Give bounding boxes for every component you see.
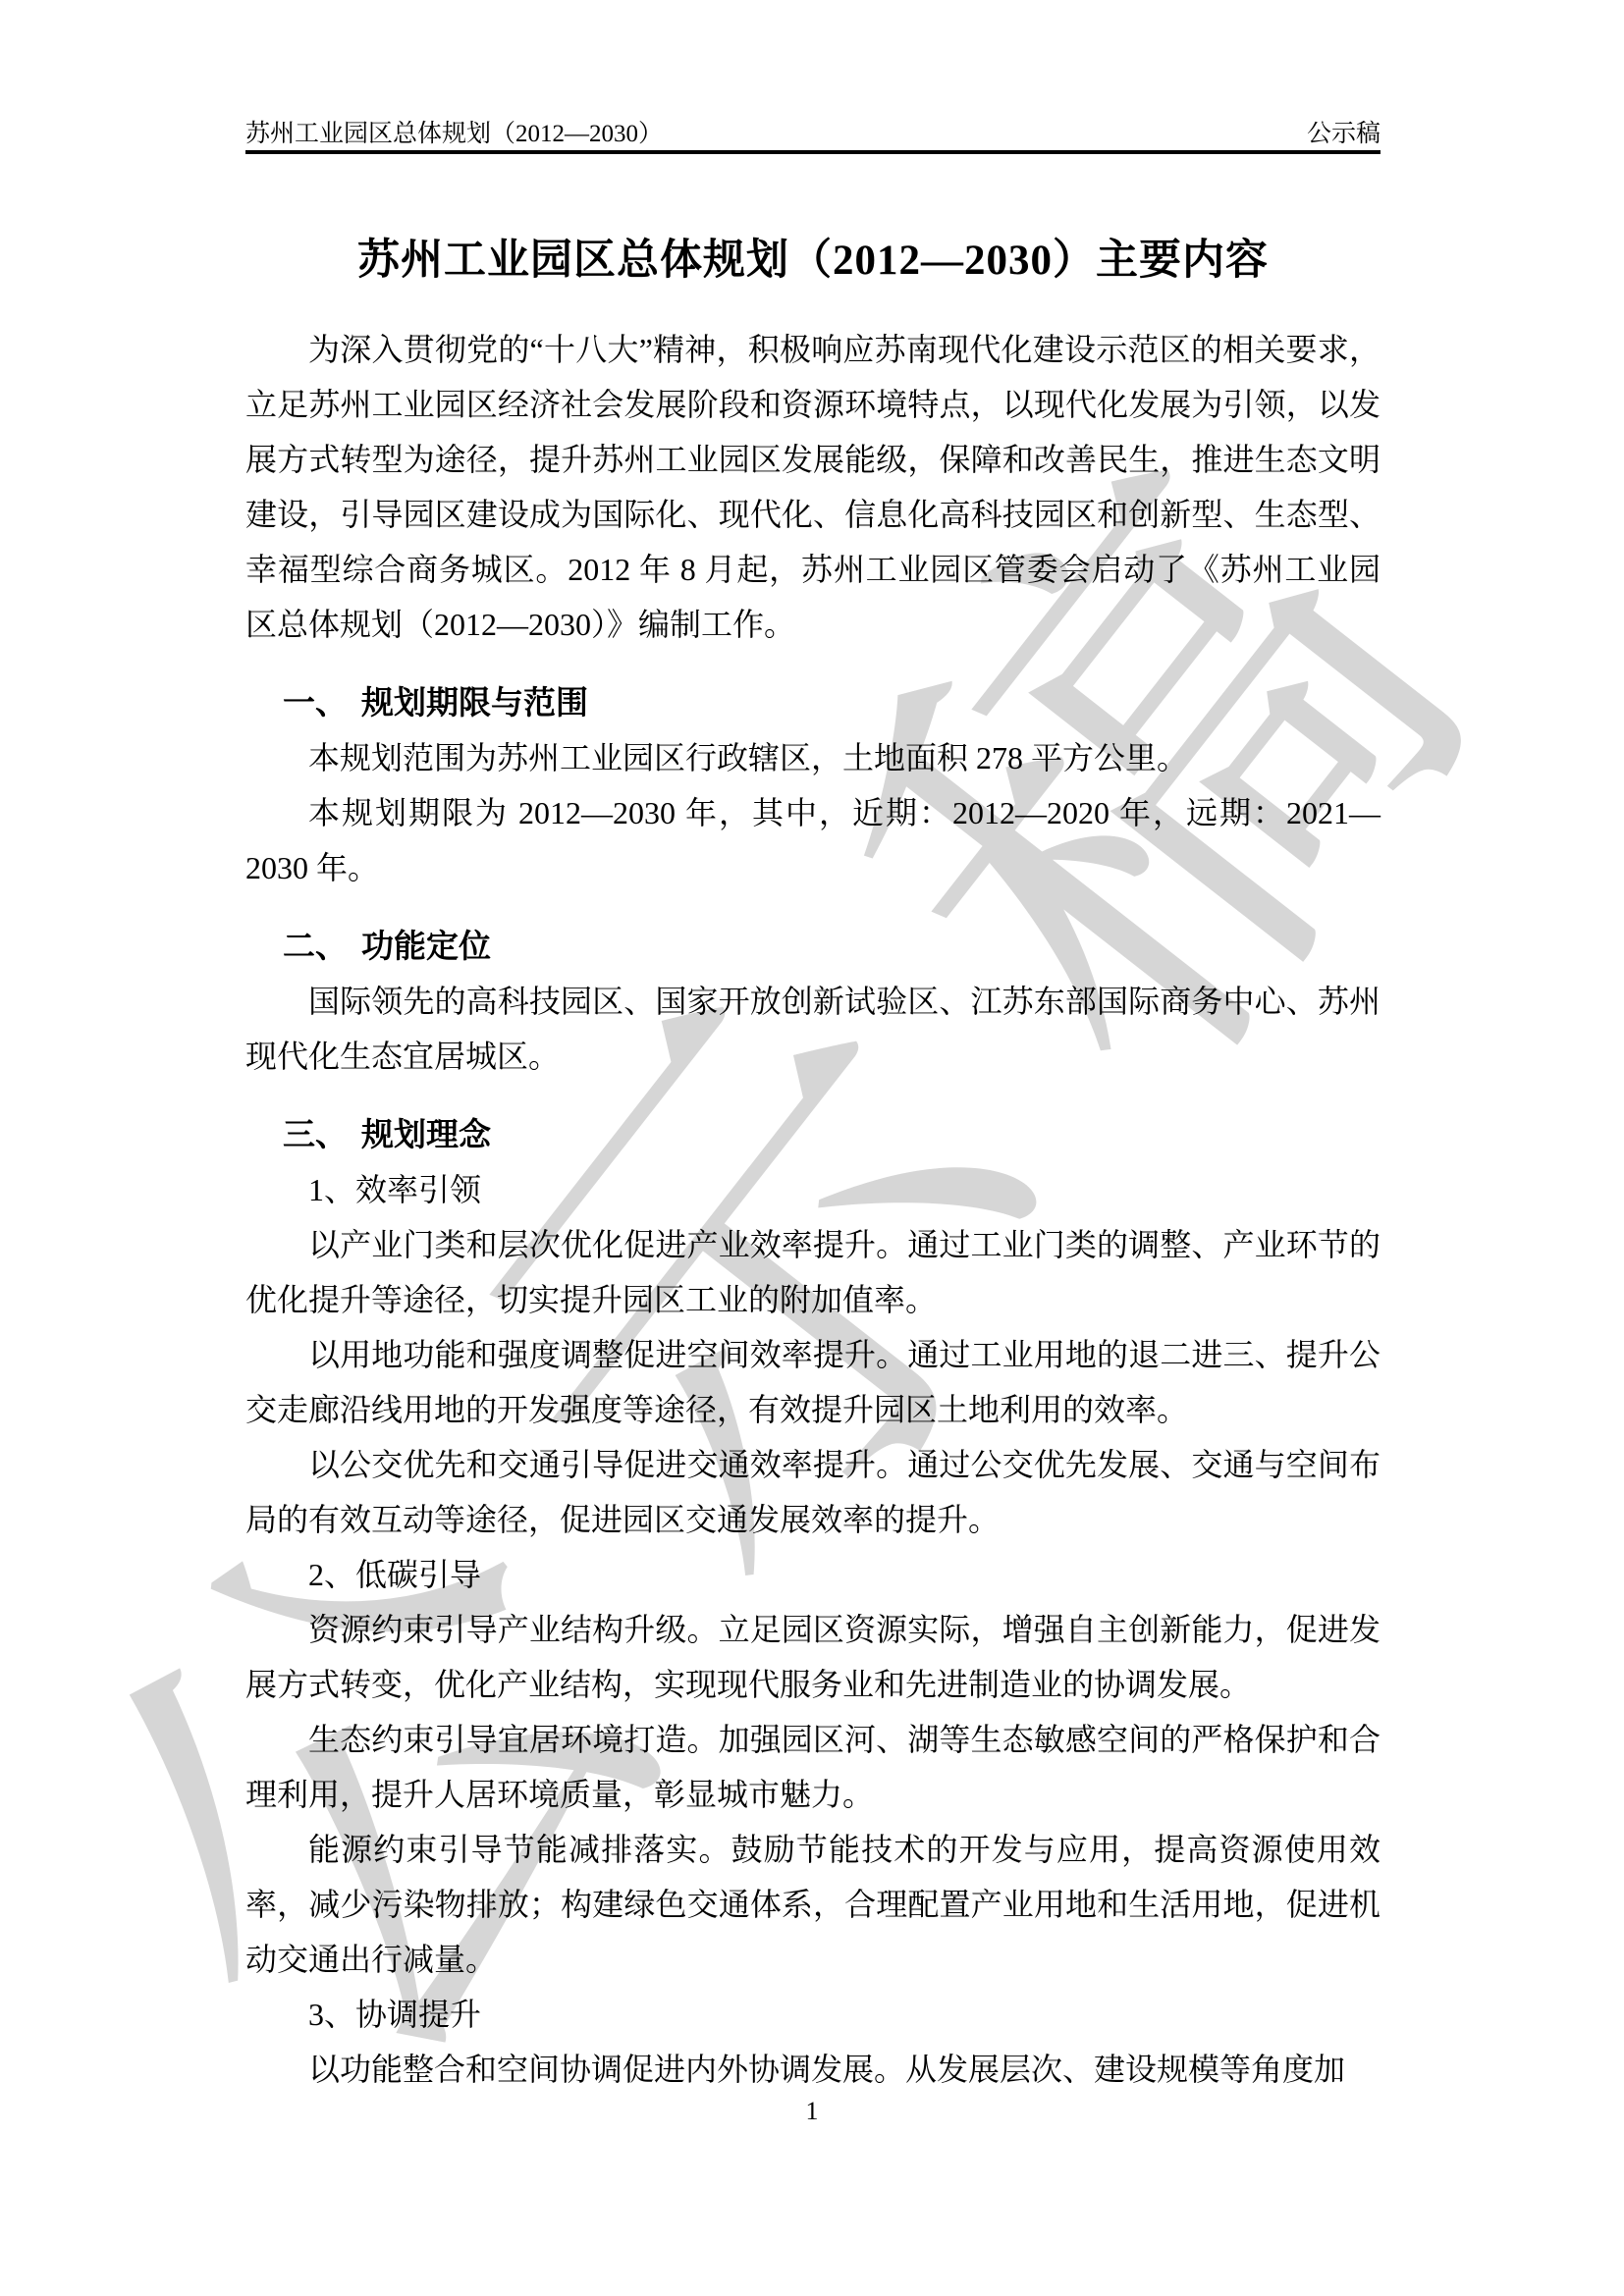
document-page: 公示稿 苏州工业园区总体规划（2012—2030） 公示稿 苏州工业园区总体规划… [0,0,1624,2296]
section-2-heading: 二、功能定位 [245,919,1380,974]
section-2-title: 功能定位 [361,928,491,964]
paragraph: 资源约束引导产业结构升级。立足园区资源实际，增强自主创新能力，促进发展方式转变，… [245,1602,1380,1712]
intro-paragraph: 为深入贯彻党的“十八大”精神，积极响应苏南现代化建设示范区的相关要求，立足苏州工… [245,322,1380,652]
section-1-number: 一、 [283,684,348,721]
sub-heading: 2、低碳引导 [245,1547,1380,1602]
paragraph: 以用地功能和强度调整促进空间效率提升。通过工业用地的退二进三、提升公交走廊沿线用… [245,1327,1380,1437]
section-1-heading: 一、规划期限与范围 [245,675,1380,730]
paragraph: 以功能整合和空间协调促进内外协调发展。从发展层次、建设规模等角度加 [245,2042,1380,2097]
document-body: 为深入贯彻党的“十八大”精神，积极响应苏南现代化建设示范区的相关要求，立足苏州工… [245,322,1380,2097]
paragraph: 本规划范围为苏州工业园区行政辖区，土地面积 278 平方公里。 [245,730,1380,785]
page-title: 苏州工业园区总体规划（2012—2030）主要内容 [245,233,1380,290]
paragraph: 国际领先的高科技园区、国家开放创新试验区、江苏东部国际商务中心、苏州现代化生态宜… [245,974,1380,1084]
page-header: 苏州工业园区总体规划（2012—2030） 公示稿 [245,119,1380,154]
header-draft-label: 公示稿 [1307,119,1380,150]
sub-heading: 3、协调提升 [245,1987,1380,2042]
section-3-number: 三、 [283,1116,348,1152]
paragraph: 生态约束引导宜居环境打造。加强园区河、湖等生态敏感空间的严格保护和合理利用，提升… [245,1712,1380,1822]
section-2-number: 二、 [283,928,348,964]
section-1-title: 规划期限与范围 [361,684,588,721]
page-content: 苏州工业园区总体规划（2012—2030） 公示稿 苏州工业园区总体规划（201… [245,119,1380,2097]
paragraph: 能源约束引导节能减排落实。鼓励节能技术的开发与应用，提高资源使用效率，减少污染物… [245,1822,1380,1987]
paragraph: 以公交优先和交通引导促进交通效率提升。通过公交优先发展、交通与空间布局的有效互动… [245,1437,1380,1547]
section-3-title: 规划理念 [361,1116,491,1152]
paragraph: 以产业门类和层次优化促进产业效率提升。通过工业门类的调整、产业环节的优化提升等途… [245,1217,1380,1327]
header-doc-title: 苏州工业园区总体规划（2012—2030） [245,119,663,150]
sub-heading: 1、效率引领 [245,1162,1380,1217]
paragraph: 本规划期限为 2012—2030 年，其中，近期：2012—2020 年，远期：… [245,785,1380,895]
section-3-heading: 三、规划理念 [245,1107,1380,1162]
page-number: 1 [0,2097,1624,2126]
